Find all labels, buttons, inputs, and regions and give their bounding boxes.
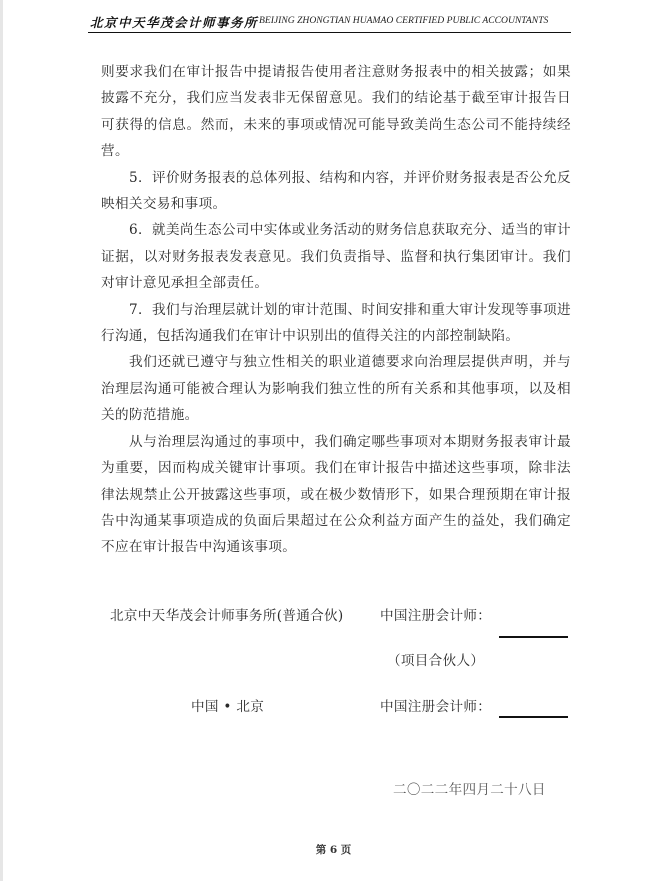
paragraph-item-5: 5．评价财务报表的总体列报、结构和内容，并评价财务报表是否公允反映相关交易和事项… bbox=[101, 165, 571, 218]
report-date: 二〇二二年四月二十八日 bbox=[393, 778, 546, 798]
signature-line-1 bbox=[499, 636, 568, 638]
signature-line-2 bbox=[499, 716, 568, 718]
header-firm-name-cn: 北京中天华茂会计师事务所 bbox=[90, 13, 258, 31]
report-body: 则要求我们在审计报告中提请报告使用者注意财务报表中的相关披露；如果披露不充分，我… bbox=[101, 59, 571, 561]
page-header: 北京中天华茂会计师事务所 BEIJING ZHONGTIAN HUAMAO CE… bbox=[88, 10, 571, 33]
page-edge bbox=[0, 0, 3, 881]
signature-location: 中国 • 北京 bbox=[191, 695, 264, 715]
page-number: 第 6 页 bbox=[0, 842, 667, 857]
signature-partner-note: （项目合伙人） bbox=[387, 649, 484, 669]
paragraph-independence: 我们还就已遵守与独立性相关的职业道德要求向治理层提供声明，并与治理层沟通可能被合… bbox=[101, 349, 571, 428]
signature-cpa-label-1: 中国注册会计师： bbox=[380, 604, 491, 624]
signature-firm-name: 北京中天华茂会计师事务所(普通合伙) bbox=[110, 604, 344, 624]
paragraph-item-6: 6．就美尚生态公司中实体或业务活动的财务信息获取充分、适当的审计证据，以对财务报… bbox=[101, 217, 571, 296]
paragraph-item-7: 7．我们与治理层就计划的审计范围、时间安排和重大审计发现等事项进行沟通，包括沟通… bbox=[101, 297, 571, 350]
paragraph-key-audit-matters: 从与治理层沟通过的事项中，我们确定哪些事项对本期财务报表审计最为重要，因而构成关… bbox=[101, 429, 571, 561]
header-firm-name-en: BEIJING ZHONGTIAN HUAMAO CERTIFIED PUBLI… bbox=[259, 15, 548, 26]
paragraph-going-concern: 则要求我们在审计报告中提请报告使用者注意财务报表中的相关披露；如果披露不充分，我… bbox=[101, 59, 571, 165]
signature-cpa-label-2: 中国注册会计师： bbox=[380, 695, 491, 715]
